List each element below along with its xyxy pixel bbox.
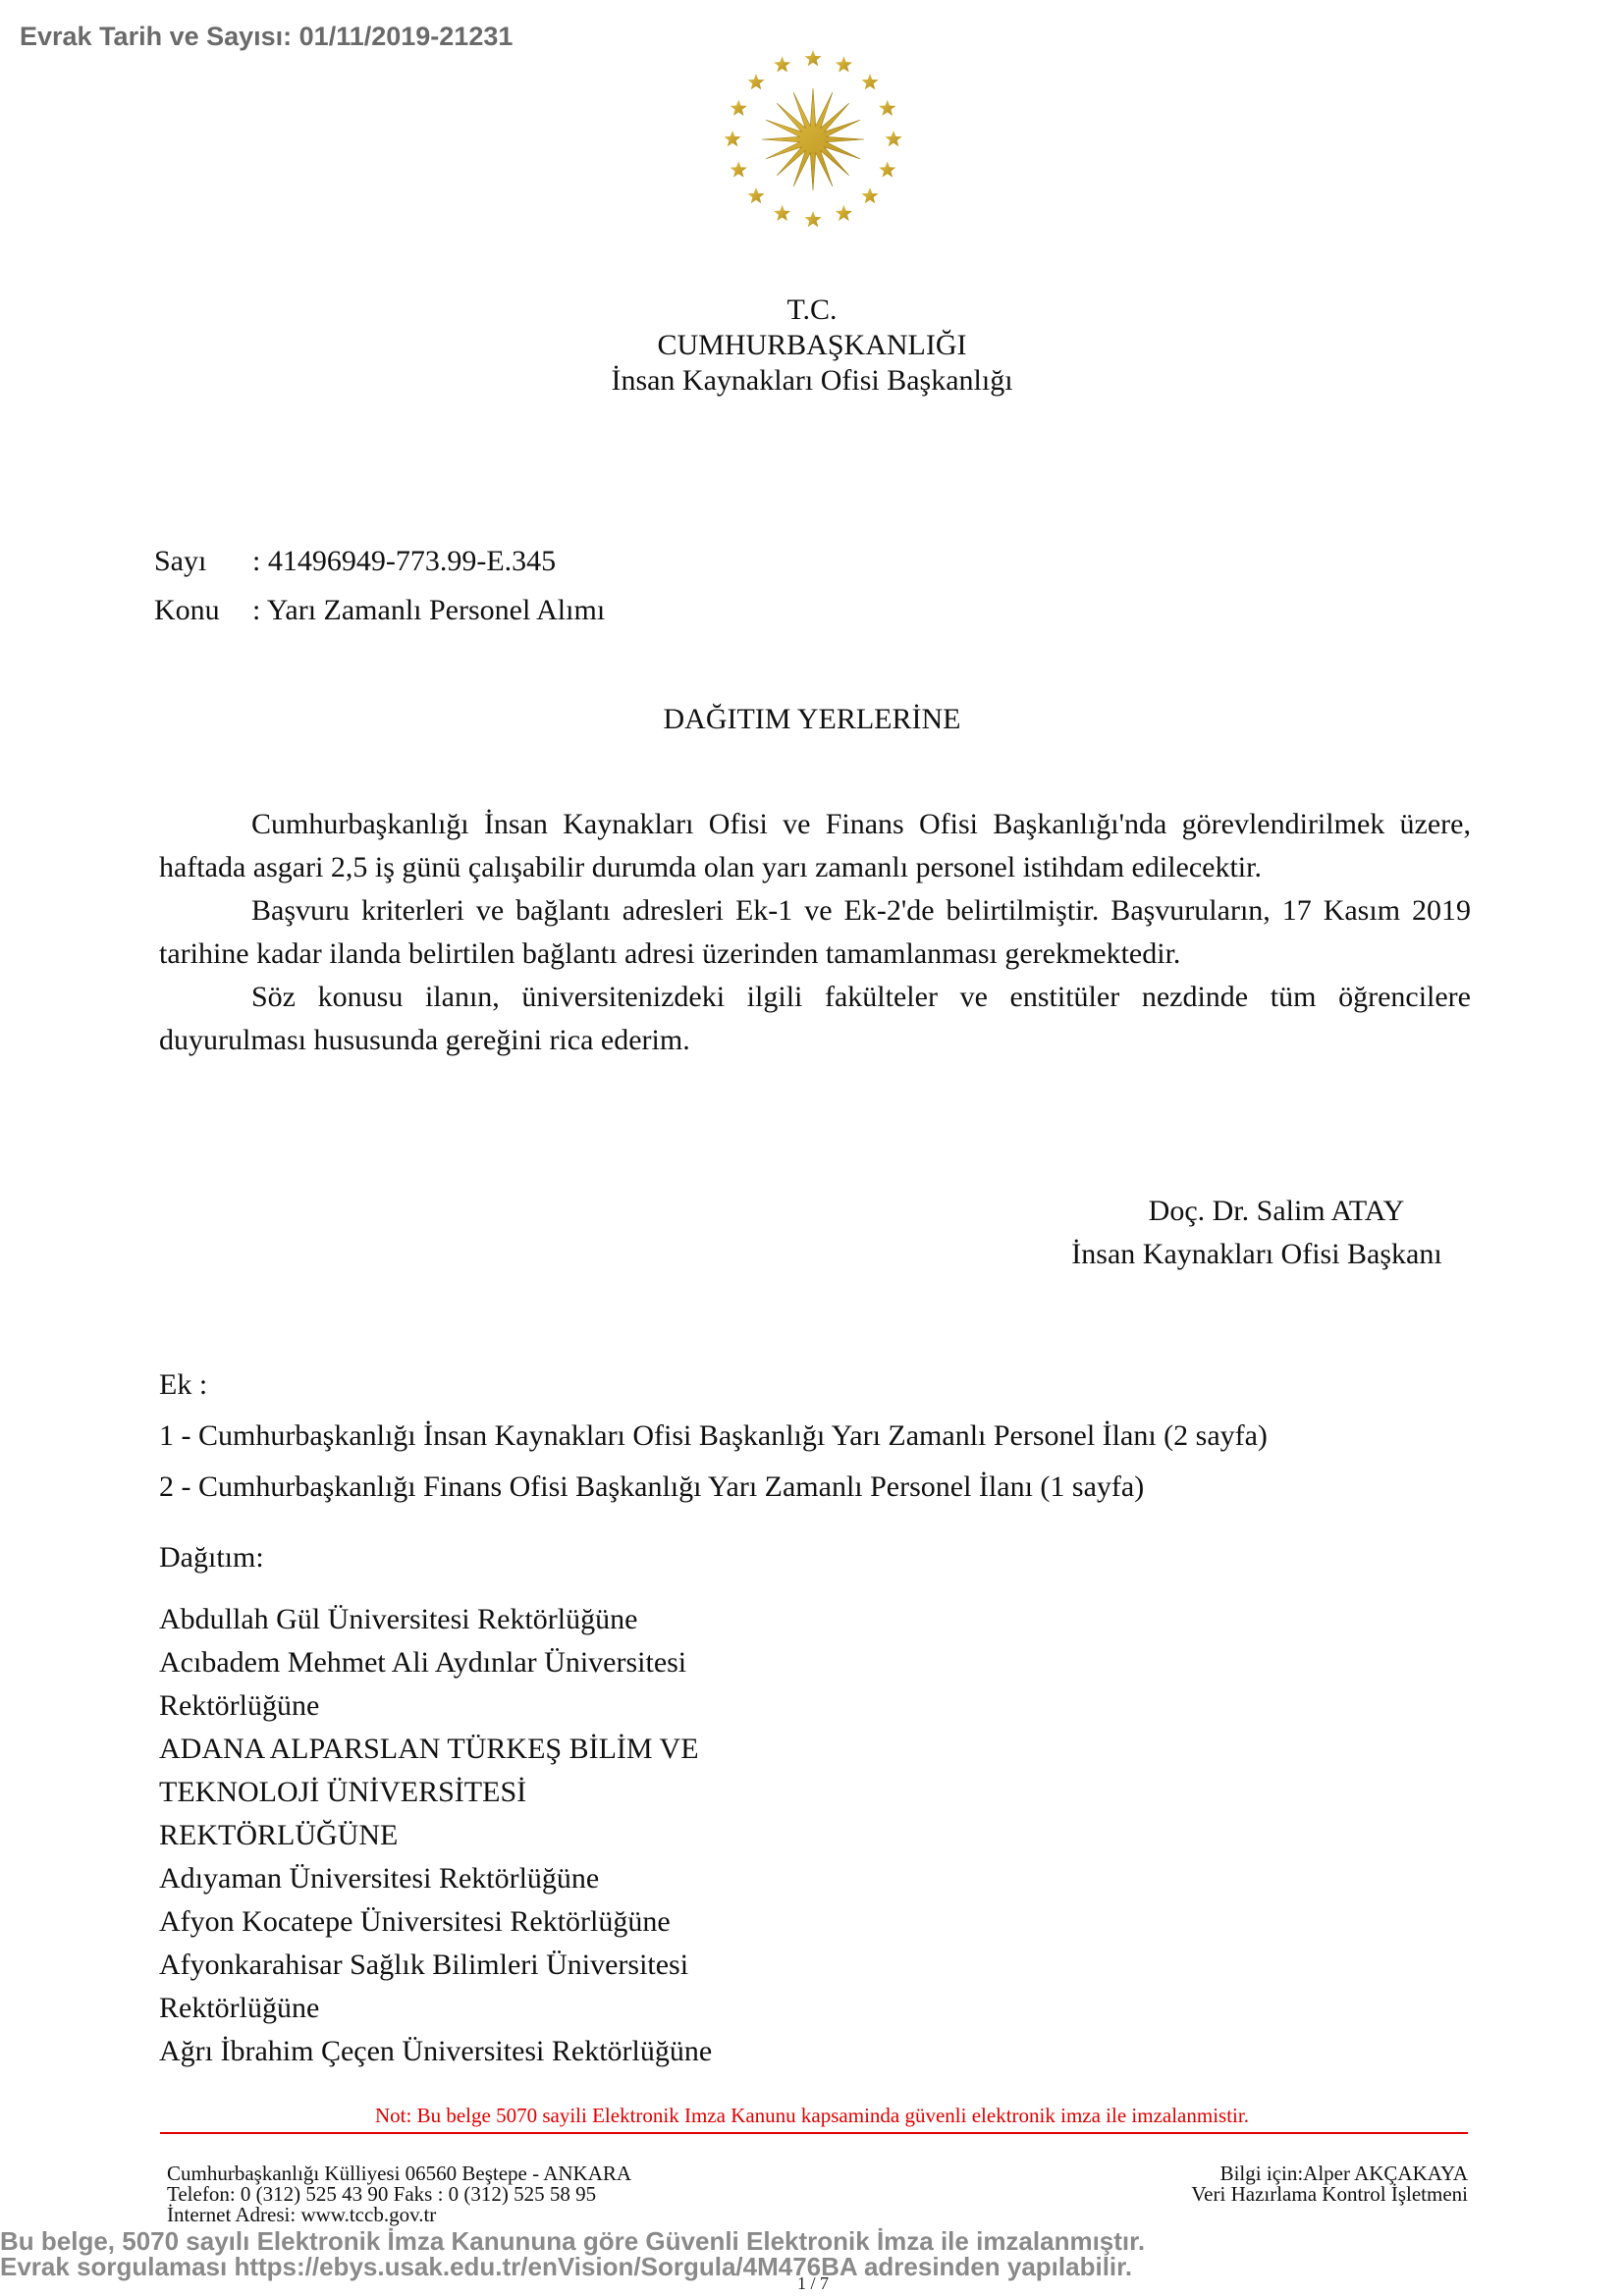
verification-stamp: Bu belge, 5070 sayılı Elektronik İmza Ka… [0, 2228, 1145, 2279]
subject-value: : Yarı Zamanlı Personel Alımı [252, 594, 605, 626]
presidential-seal-icon [715, 41, 911, 238]
letter-body: Cumhurbaşkanlığı İnsan Kaynakları Ofisi … [159, 803, 1471, 1062]
distribution-line: REKTÖRLÜĞÜNE [159, 1814, 712, 1857]
subject-row: Konu: Yarı Zamanlı Personel Alımı [154, 594, 605, 627]
subject-label: Konu [154, 594, 252, 627]
institution-header: T.C. CUMHURBAŞKANLIĞI İnsan Kaynakları O… [0, 293, 1624, 399]
attachment-item: 1 - Cumhurbaşkanlığı İnsan Kaynakları Of… [159, 1411, 1268, 1462]
verification-line-2: Evrak sorgulaması https://ebys.usak.edu.… [0, 2254, 1145, 2279]
addressee: DAĞITIM YERLERİNE [0, 703, 1624, 736]
attachment-item: 2 - Cumhurbaşkanlığı Finans Ofisi Başkan… [159, 1462, 1268, 1513]
attachments-label: Ek : [159, 1360, 1268, 1411]
footer-phone: Telefon: 0 (312) 525 43 90 Faks : 0 (312… [167, 2184, 631, 2205]
verification-line-1: Bu belge, 5070 sayılı Elektronik İmza Ka… [0, 2228, 1145, 2254]
distribution-label: Dağıtım: [159, 1541, 264, 1575]
footer-contact-block: Bilgi için:Alper AKÇAKAYA Veri Hazırlama… [1080, 2163, 1468, 2205]
footer-divider [160, 2132, 1468, 2134]
signatory-title: İnsan Kaynakları Ofisi Başkanı [1041, 1233, 1473, 1276]
document-number-label: Sayı [154, 545, 252, 578]
header-tc: T.C. [0, 293, 1624, 328]
body-paragraph: Cumhurbaşkanlığı İnsan Kaynakları Ofisi … [159, 803, 1471, 889]
signature-block: Doç. Dr. Salim ATAY İnsan Kaynakları Ofi… [1041, 1190, 1473, 1276]
document-date-number-stamp: Evrak Tarih ve Sayısı: 01/11/2019-21231 [20, 22, 513, 52]
esignature-note: Not: Bu belge 5070 sayili Elektronik Imz… [0, 2104, 1624, 2128]
page-number: 1 / 7 [797, 2273, 829, 2294]
footer-contact-title: Veri Hazırlama Kontrol İşletmeni [1080, 2184, 1468, 2205]
distribution-line: Afyon Kocatepe Üniversitesi Rektörlüğüne [159, 1900, 712, 1944]
distribution-line: Afyonkarahisar Sağlık Bilimleri Üniversi… [159, 1944, 712, 1987]
distribution-line: ADANA ALPARSLAN TÜRKEŞ BİLİM VE [159, 1728, 712, 1771]
attachments: Ek : 1 - Cumhurbaşkanlığı İnsan Kaynakla… [159, 1360, 1268, 1513]
header-office: İnsan Kaynakları Ofisi Başkanlığı [0, 363, 1624, 399]
document-number-value: : 41496949-773.99-E.345 [252, 545, 556, 577]
body-paragraph: Söz konusu ilanın, üniversitenizdeki ilg… [159, 976, 1471, 1062]
distribution-line: Ağrı İbrahim Çeçen Üniversitesi Rektörlü… [159, 2030, 712, 2073]
distribution-line: Abdullah Gül Üniversitesi Rektörlüğüne [159, 1598, 712, 1641]
document-number-row: Sayı: 41496949-773.99-E.345 [154, 545, 556, 578]
signatory-name: Doç. Dr. Salim ATAY [1041, 1190, 1473, 1233]
footer-address: Cumhurbaşkanlığı Külliyesi 06560 Beştepe… [167, 2163, 631, 2184]
distribution-list: Abdullah Gül Üniversitesi Rektörlüğüne A… [159, 1598, 712, 2073]
distribution-line: Rektörlüğüne [159, 1987, 712, 2030]
footer-contact: Bilgi için:Alper AKÇAKAYA [1080, 2163, 1468, 2184]
distribution-line: Acıbadem Mehmet Ali Aydınlar Üniversites… [159, 1641, 712, 1684]
footer-website: İnternet Adresi: www.tccb.gov.tr [167, 2205, 631, 2225]
header-presidency: CUMHURBAŞKANLIĞI [0, 328, 1624, 363]
distribution-line: TEKNOLOJİ ÜNİVERSİTESİ [159, 1771, 712, 1814]
distribution-line: Rektörlüğüne [159, 1684, 712, 1728]
footer-address-block: Cumhurbaşkanlığı Külliyesi 06560 Beştepe… [167, 2163, 631, 2225]
body-paragraph: Başvuru kriterleri ve bağlantı adresleri… [159, 889, 1471, 976]
distribution-line: Adıyaman Üniversitesi Rektörlüğüne [159, 1857, 712, 1900]
